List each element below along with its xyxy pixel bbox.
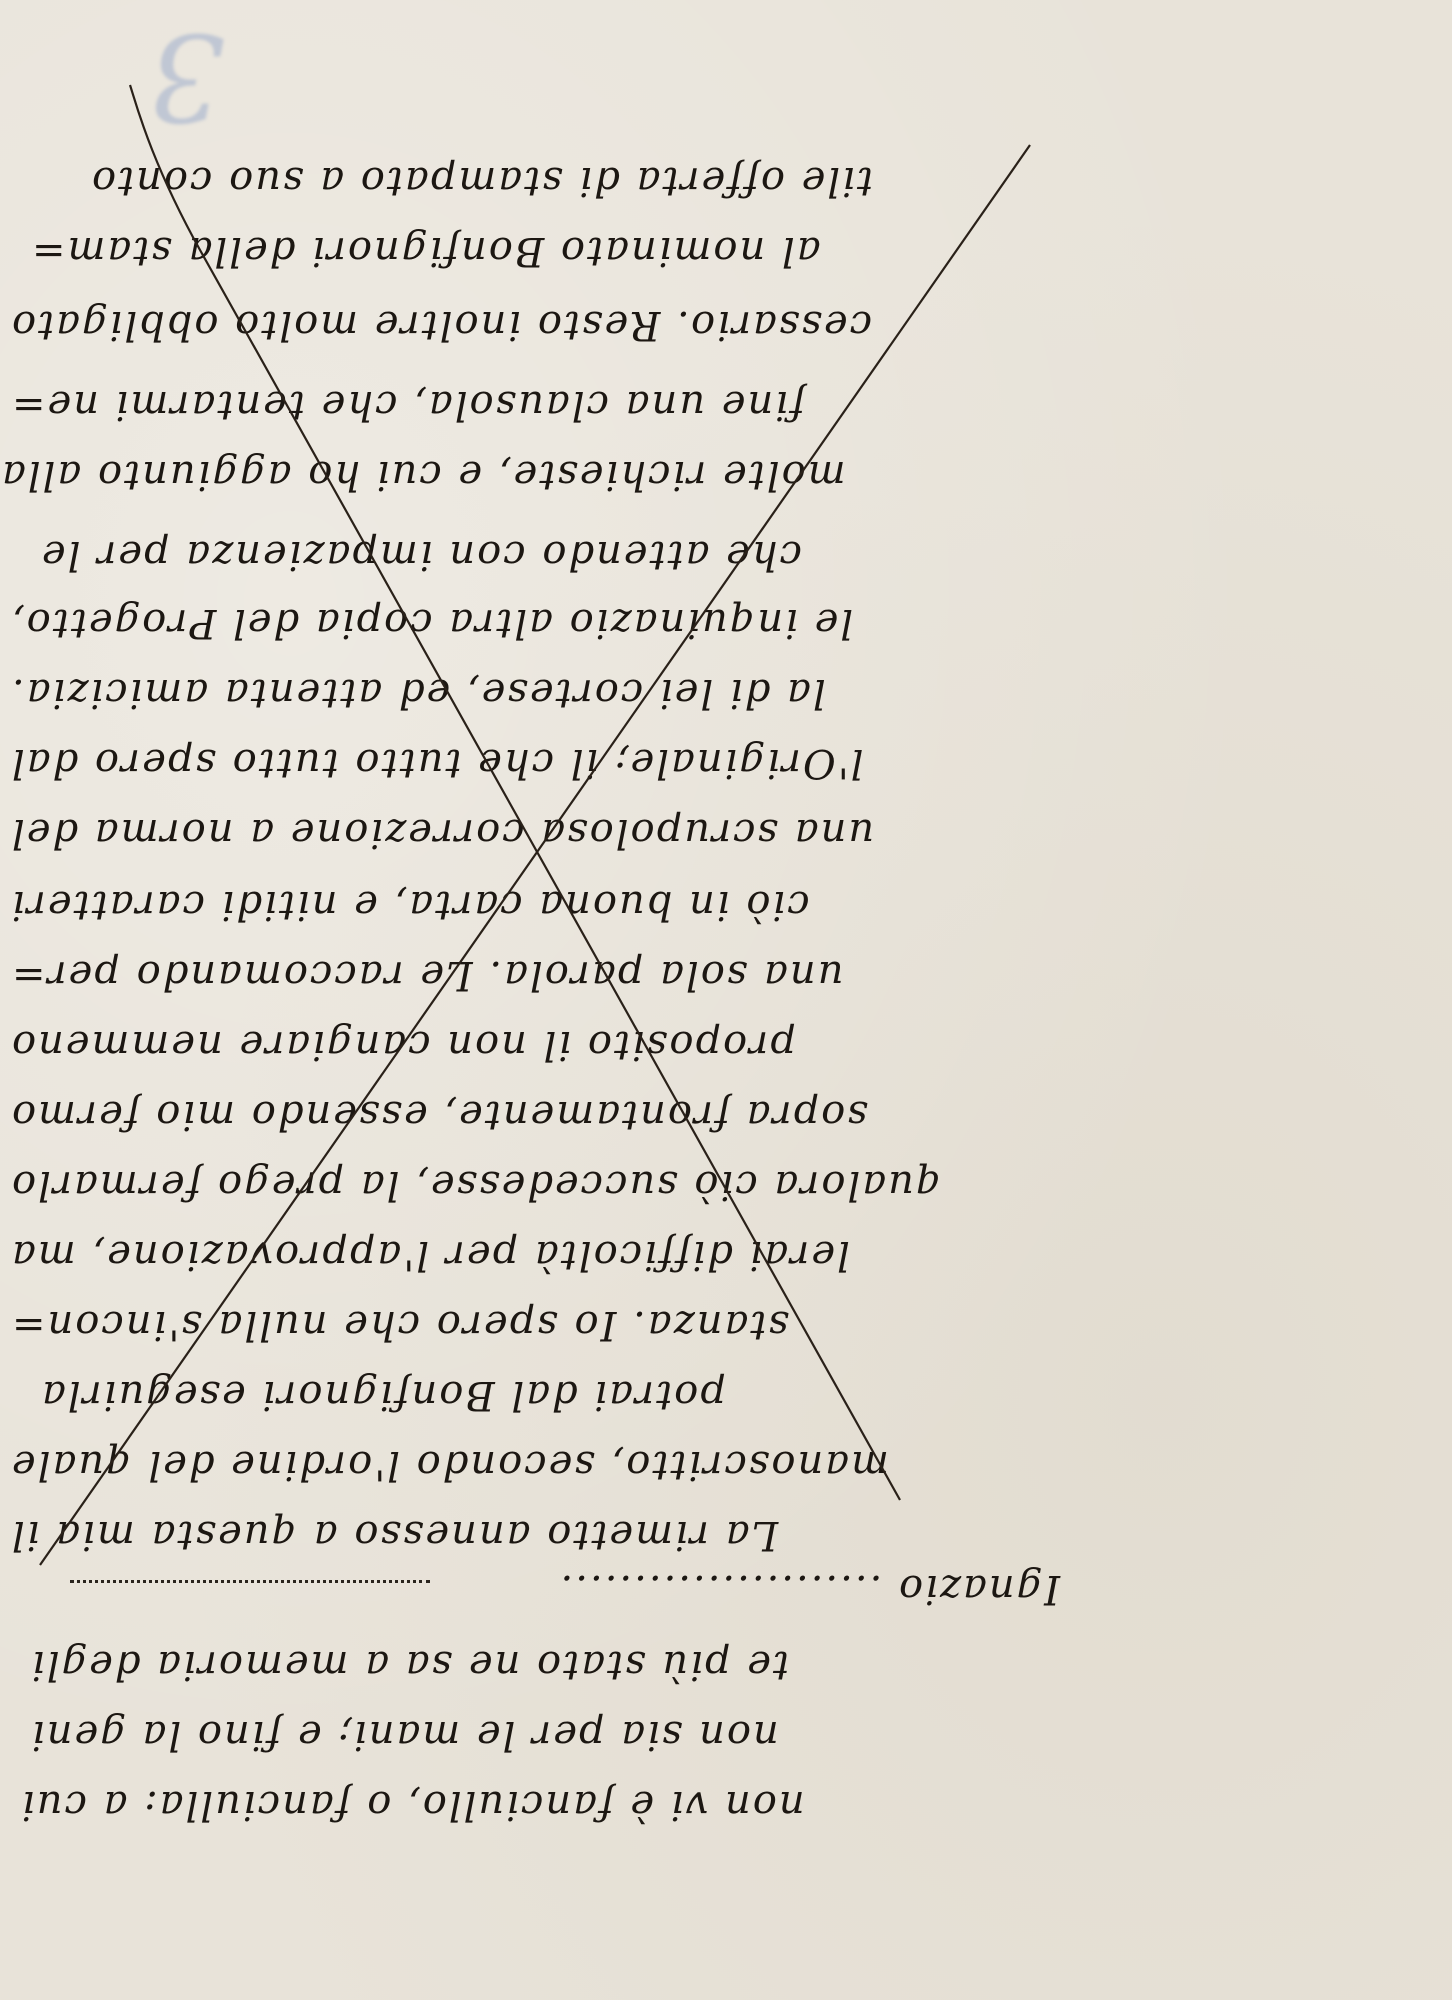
cross-out-mark [0, 0, 1452, 2000]
